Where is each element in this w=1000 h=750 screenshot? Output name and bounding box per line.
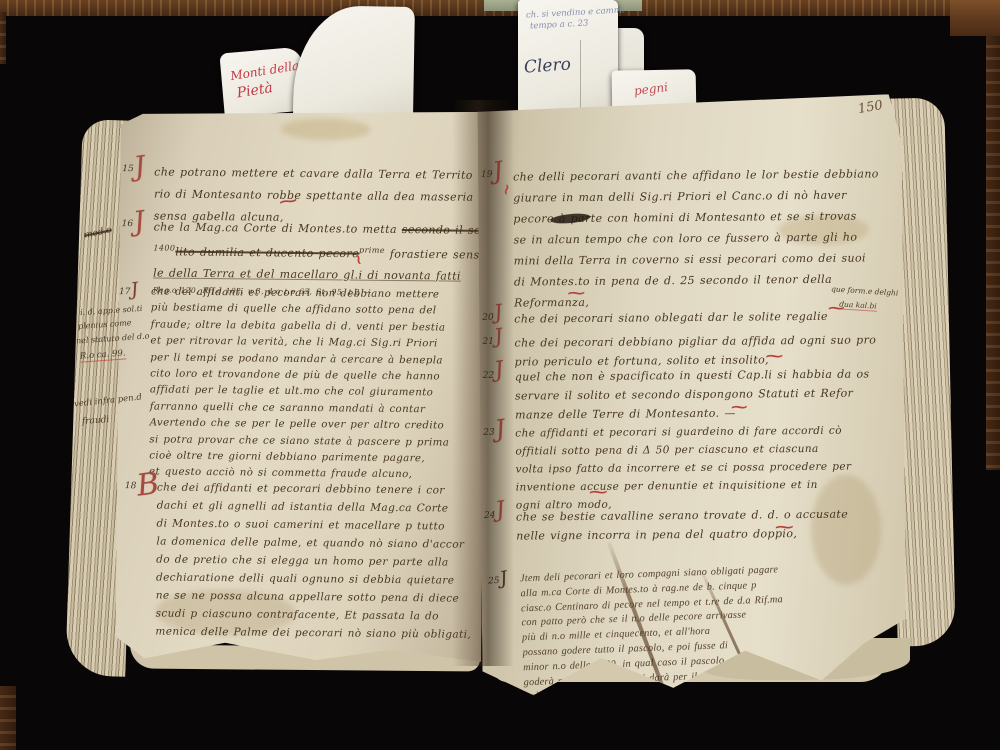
tab-monti-label-line2: Pietà: [236, 80, 274, 101]
page-stain: [281, 118, 371, 141]
capitolo-23: 23 J che affidanti et pecorari si guarde…: [515, 421, 896, 514]
red-paraph-icon: ~: [729, 400, 749, 415]
table-wood-left: [0, 12, 6, 64]
interlinear-correction: 1400: [153, 243, 175, 252]
table-wood-right: [986, 0, 1000, 470]
capitolo-18: 18 B che dei affidanti et pecorari debbi…: [155, 478, 487, 643]
table-wood-bottom-left: [0, 686, 16, 750]
red-paraph-icon: ~: [498, 182, 515, 197]
bookmark-tab-blank: [293, 5, 415, 115]
margin-number: 15: [122, 164, 134, 174]
struck-segment: lito dumilia et ducento pecore: [175, 245, 359, 260]
tab-clero-label: Clero: [523, 54, 571, 77]
margin-number: 17: [119, 287, 131, 297]
red-paraph-icon: ~: [587, 485, 610, 500]
margin-number: 18: [125, 481, 137, 491]
marginal-note-fraudi: fraudi: [82, 415, 110, 427]
bookmark-tab-clero: ch. si vendino e camm. tempo a c. 23 Cle…: [518, 0, 618, 115]
red-paraph-icon: ~: [773, 520, 796, 535]
text-segment: che la Mag.ca Corte di Montes.to metta: [154, 220, 402, 236]
paragraph-22: quel che non è spacificato in questi Cap…: [515, 364, 895, 424]
capitolo-22: 22 J quel che non è spacificato in quest…: [515, 364, 895, 424]
paragraph-24: che se bestie cavalline serano trovate d…: [516, 504, 896, 545]
tab-note-line2: tempo a c. 23: [530, 18, 589, 31]
red-paraph-icon: ~: [764, 349, 785, 364]
paragraph-18: che dei affidanti et pecorari debbino te…: [155, 478, 487, 643]
capitolo-24: 24 J che se bestie cavalline serano trov…: [516, 504, 896, 545]
paragraph-17: che dei affidanti et pecorari non debbia…: [149, 284, 487, 484]
initial-letter: B: [135, 469, 161, 502]
tab-monti-label-line1: Monti della: [229, 58, 300, 83]
manuscript-photo: Monti della Pietà ch. si vendino e camm.…: [0, 0, 1000, 750]
capitolo-17: 17 J che dei affidanti et pecorari non d…: [149, 284, 487, 484]
manuscript-line: menica delle Palme dei pecorari nò siano…: [155, 622, 485, 643]
table-wood-top-right: [950, 0, 1000, 36]
manuscript-line: mini della Terra in coverno si essi peco…: [514, 247, 894, 271]
manuscript-line: che affidanti et pecorari si guardeino d…: [515, 421, 895, 442]
initial-letter: J: [132, 208, 146, 236]
initial-letter: J: [130, 281, 139, 300]
manuscript-line: che dei pecorari debbiano pigliar da aff…: [514, 330, 894, 352]
tab-fold-line: [580, 40, 581, 114]
left-page: 15 J che potrano mettere et cavare dalla…: [115, 108, 487, 662]
manuscript-line: servare il solito et secondo dispongono …: [515, 383, 895, 405]
manuscript-line: 1400lito dumilia et ducento pecoreprime …: [153, 237, 493, 265]
initial-letter: J: [133, 153, 147, 181]
right-page: 19 J che delli pecorari avanti che affid…: [477, 94, 906, 708]
manuscript-line: che se bestie cavalline serano trovate d…: [516, 504, 896, 526]
manuscript-line: volta ipso fatto da incorrere et se ci p…: [516, 457, 896, 478]
red-paraph-icon: ~: [826, 301, 846, 316]
red-paraph-icon: ~: [566, 286, 587, 301]
paragraph-23: che affidanti et pecorari si guardeino d…: [515, 421, 896, 514]
manuscript-line: nelle vigne incorra in pena del quatro d…: [516, 523, 896, 545]
margin-number: 16: [122, 219, 134, 229]
tab-pegni-label: pegni: [633, 80, 668, 98]
